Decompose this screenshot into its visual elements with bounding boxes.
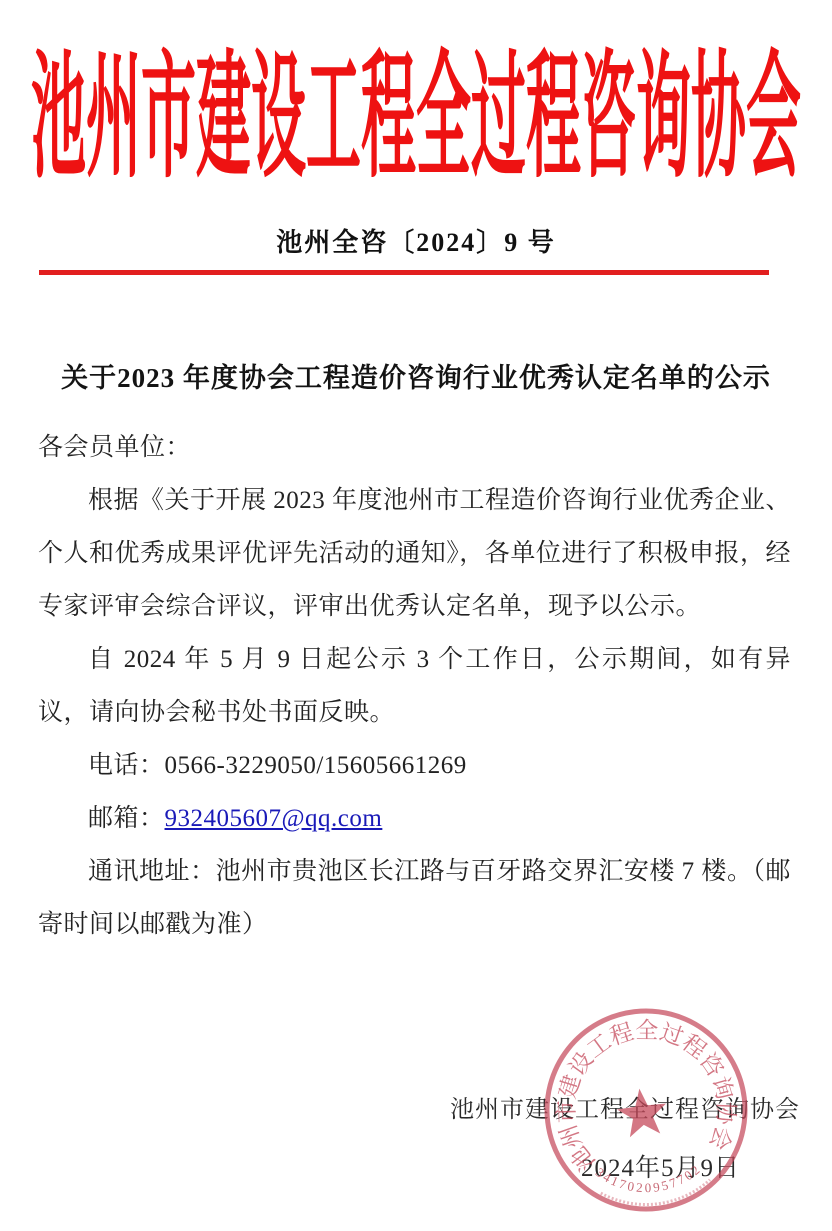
signature-date: 2024年5月9日: [0, 1148, 740, 1184]
address-line: 通讯地址：池州市贵池区长江路与百牙路交界汇安楼 7 楼。（邮寄时间以邮戳为准）: [38, 845, 791, 951]
doc-body: 各会员单位： 根据《关于开展 2023 年度池州市工程造价咨询行业优秀企业、个人…: [38, 421, 791, 951]
phone-label: 电话：: [88, 752, 165, 779]
seal-microtext-arc: [601, 1180, 712, 1211]
email-line: 邮箱：932405607@qq.com: [38, 792, 791, 845]
masthead: 池州市建设工程全过程咨询协会: [0, 28, 832, 183]
document-page: 池州市建设工程全过程咨询协会 池州全咨〔2024〕9 号 关于2023 年度协会…: [0, 0, 832, 1231]
email-link[interactable]: 932405607@qq.com: [165, 805, 383, 832]
masthead-org-name: 池州市建设工程全过程咨询协会: [31, 7, 801, 205]
email-label: 邮箱：: [88, 805, 165, 832]
red-divider-line: [39, 270, 769, 275]
signature-org: 池州市建设工程全过程咨询协会: [0, 1089, 800, 1124]
phone-line: 电话：0566-3229050/15605661269: [38, 739, 791, 792]
phone-value: 0566-3229050/15605661269: [165, 752, 467, 779]
doc-number: 池州全咨〔2024〕9 号: [0, 222, 832, 259]
salutation: 各会员单位：: [38, 421, 791, 474]
doc-title: 关于2023 年度协会工程造价咨询行业优秀认定名单的公示: [30, 360, 802, 396]
para-basis: 根据《关于开展 2023 年度池州市工程造价咨询行业优秀企业、个人和优秀成果评优…: [38, 474, 791, 633]
para-publicity-period: 自 2024 年 5 月 9 日起公示 3 个工作日，公示期间，如有异议，请向协…: [38, 633, 791, 739]
